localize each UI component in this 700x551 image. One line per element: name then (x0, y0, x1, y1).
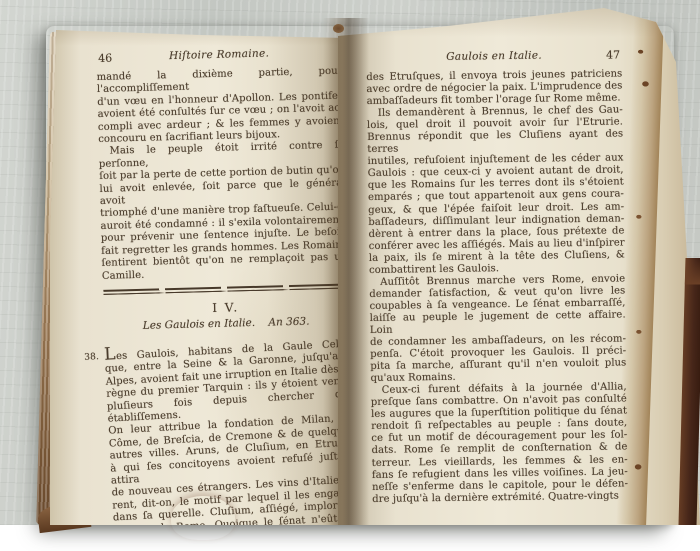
left-page-text-bottom: 38. Les Gaulois, habitans de la Gaule Ce… (104, 335, 361, 525)
left-page-header: 46 Hiſtoire Romaine. (96, 46, 342, 67)
section-divider-rule (103, 283, 347, 294)
left-page-text-top: mandé la dixième partie, pour l'accompli… (97, 66, 348, 283)
right-page-text: des Etruſques, il envoya trois jeunes pa… (366, 68, 628, 505)
paragraph-number: 38. (84, 351, 99, 364)
paragraph: des Etruſques, il envoya trois jeunes pa… (366, 68, 622, 108)
left-page-content: 46 Hiſtoire Romaine. mandé la dixième pa… (96, 46, 355, 525)
text-line: laiſſe au peuple le jugement de cette af… (370, 309, 626, 337)
right-running-title: Gaulois en Italie. (366, 48, 622, 64)
paragraph: Les Gaulois, habitans de la Gaule Celti-… (104, 335, 361, 525)
left-page: 46 Hiſtoire Romaine. mandé la dixième pa… (50, 26, 352, 525)
right-page-number: 47 (606, 48, 620, 61)
paragraph: mandé la dixième partie, pour l'accompli… (97, 66, 345, 147)
paragraph: Auſſitôt Brennus marche vers Rome, envoi… (369, 273, 626, 385)
paragraph: Ceux-ci furent défaits à la journée d'Al… (371, 382, 629, 506)
right-page: 47 Gaulois en Italie. des Etruſques, il … (338, 6, 700, 525)
paragraph: Ils demandèrent à Brennus, le chef des G… (367, 105, 625, 277)
right-page-content: 47 Gaulois en Italie. des Etruſques, il … (366, 48, 628, 505)
section-subtitle: Les Gaulois en Italie. An 363. (103, 314, 349, 332)
gutter-notch (333, 24, 344, 33)
right-page-header: 47 Gaulois en Italie. (366, 48, 622, 67)
left-running-title: Hiſtoire Romaine. (96, 46, 342, 64)
left-bottom-paragraphs: Les Gaulois, habitans de la Gaule Celti-… (104, 335, 361, 525)
left-page-number: 46 (98, 52, 112, 65)
paragraph: Mais le peuple étoit irrité contre ſa pe… (98, 140, 347, 283)
